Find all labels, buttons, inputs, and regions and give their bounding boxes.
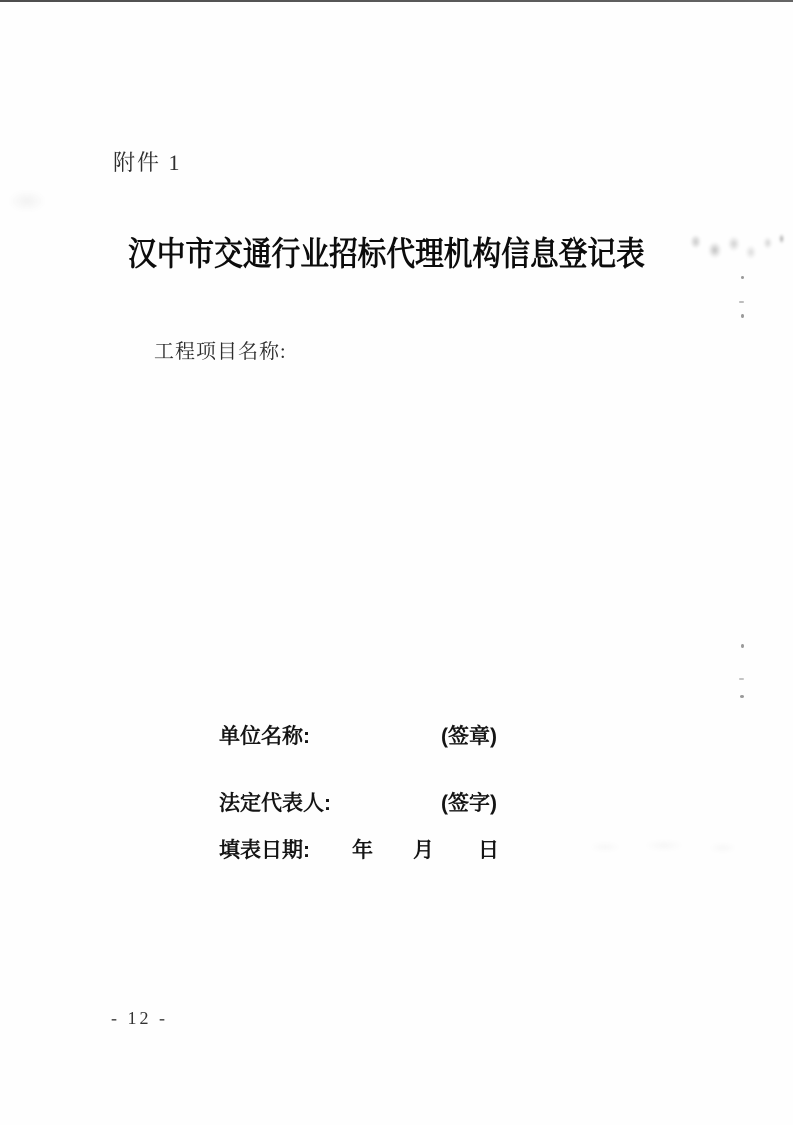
- scan-speck: [741, 276, 744, 279]
- day-label: 日: [478, 834, 499, 864]
- scanned-document-page: 附件 1 汉中市交通行业招标代理机构信息登记表 工程项目名称: 单位名称: (签…: [0, 0, 793, 1125]
- document-title: 汉中市交通行业招标代理机构信息登记表: [128, 228, 645, 275]
- year-label: 年: [352, 834, 373, 864]
- page-number: - 12 -: [111, 1008, 168, 1029]
- seal-hint: (签章): [441, 720, 497, 750]
- month-label: 月: [413, 834, 434, 864]
- scan-speck: [741, 314, 744, 318]
- scan-smear-date-row: [580, 839, 748, 855]
- scan-smudge-left: [8, 190, 46, 212]
- legal-rep-label: 法定代表人:: [219, 787, 331, 817]
- fill-date-label: 填表日期:: [219, 834, 310, 864]
- unit-name-label: 单位名称:: [219, 720, 310, 750]
- project-name-label: 工程项目名称:: [154, 335, 287, 364]
- attachment-label: 附件 1: [113, 146, 182, 177]
- scan-speck: [741, 644, 744, 648]
- signature-hint: (签字): [441, 787, 497, 817]
- scan-speck: [740, 695, 744, 698]
- title-ghost-smudge: [683, 227, 789, 269]
- scan-speck: [739, 678, 744, 680]
- scan-top-edge-artifact: [0, 0, 793, 2]
- scan-speck: [739, 301, 744, 303]
